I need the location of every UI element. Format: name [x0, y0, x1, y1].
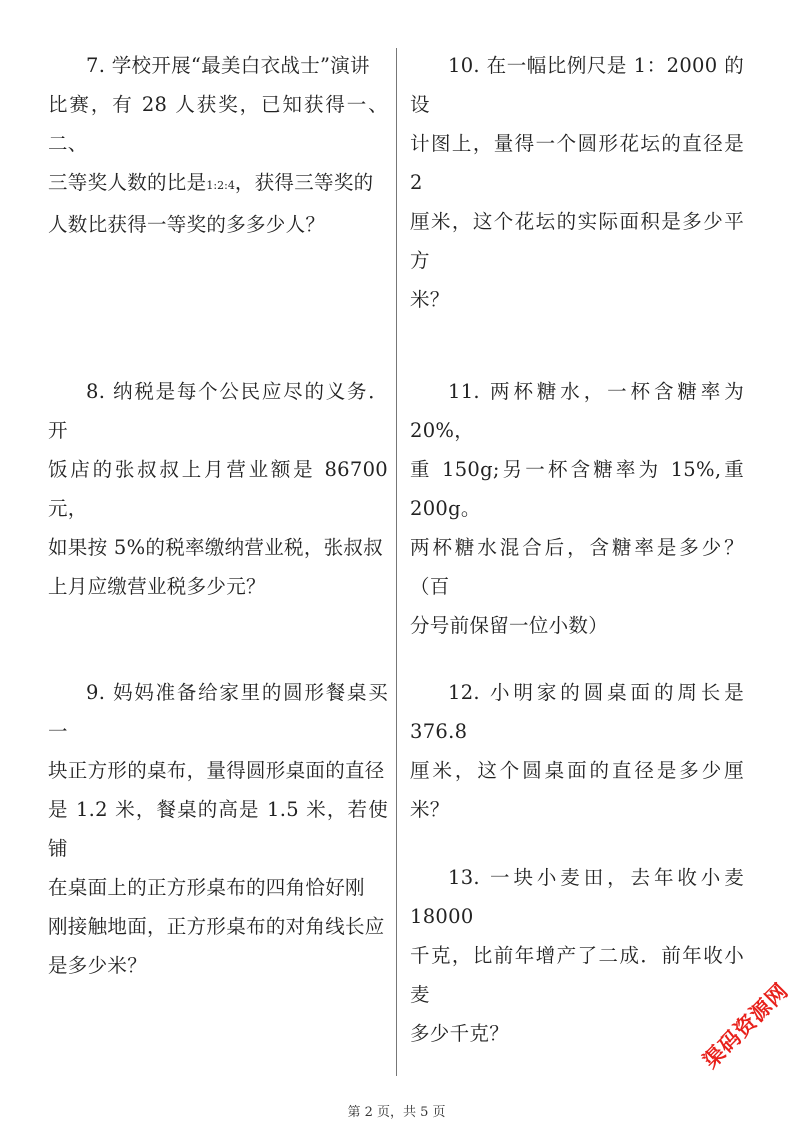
question-10-line-4: 米？ — [410, 280, 744, 319]
question-9-line-4: 在桌面上的正方形桌布的四角恰好刚 — [48, 868, 388, 907]
question-7-number: 7. — [86, 54, 105, 77]
question-11: 11. 两杯糖水，一杯含糖率为 20%， 重 150g;另一杯含糖率为 15%,… — [410, 372, 744, 645]
question-9-number: 9. — [86, 681, 105, 704]
question-10-line-1: 10. 在一幅比例尺是 1：2000 的设 — [410, 46, 744, 124]
question-13-line-3: 多少千克？ — [410, 1014, 744, 1053]
question-9-line-1: 9. 妈妈准备给家里的圆形餐桌买一 — [48, 673, 388, 751]
question-7-line-1: 7. 学校开展“最美白衣战士”演讲 — [48, 46, 388, 85]
question-9-line-3: 是 1.2 米，餐桌的高是 1.5 米，若使铺 — [48, 790, 388, 868]
question-8-line-3: 如果按 5%的税率缴纳营业税，张叔叔 — [48, 528, 388, 567]
question-9: 9. 妈妈准备给家里的圆形餐桌买一 块正方形的桌布，量得圆形桌面的直径 是 1.… — [48, 673, 388, 985]
question-10-line-2: 计图上，量得一个圆形花坛的直径是 2 — [410, 124, 744, 202]
ratio-text: 1:2:4 — [206, 179, 234, 192]
question-11-line-1: 11. 两杯糖水，一杯含糖率为 20%， — [410, 372, 744, 450]
question-8: 8. 纳税是每个公民应尽的义务．开 饭店的张叔叔上月营业额是 86700 元， … — [48, 372, 388, 606]
question-11-line-2: 重 150g;另一杯含糖率为 15%,重 200g。 — [410, 450, 744, 528]
question-10-line-3: 厘米，这个花坛的实际面积是多少平方 — [410, 202, 744, 280]
question-11-number: 11. — [448, 380, 480, 403]
question-8-line-1: 8. 纳税是每个公民应尽的义务．开 — [48, 372, 388, 450]
page-footer: 第 2 页，共 5 页 — [0, 1101, 793, 1120]
question-12: 12. 小明家的圆桌面的周长是 376.8 厘米，这个圆桌面的直径是多少厘米？ — [410, 673, 744, 829]
question-8-line-2: 饭店的张叔叔上月营业额是 86700 元， — [48, 450, 388, 528]
question-10-number: 10. — [448, 54, 480, 77]
question-9-line-6: 是多少米？ — [48, 946, 388, 985]
question-10: 10. 在一幅比例尺是 1：2000 的设 计图上，量得一个圆形花坛的直径是 2… — [410, 46, 744, 319]
question-13: 13. 一块小麦田，去年收小麦 18000 千克，比前年增产了二成．前年收小麦 … — [410, 858, 744, 1053]
question-7-line-2: 比赛，有 28 人获奖，已知获得一、二、 — [48, 85, 388, 163]
question-7: 7. 学校开展“最美白衣战士”演讲 比赛，有 28 人获奖，已知获得一、二、 三… — [48, 46, 388, 244]
question-13-line-1: 13. 一块小麦田，去年收小麦 18000 — [410, 858, 744, 936]
question-9-line-5: 刚接触地面，正方形桌布的对角线长应 — [48, 907, 388, 946]
question-7-line-4: 人数比获得一等奖的多多少人？ — [48, 205, 388, 244]
question-11-line-3: 两杯糖水混合后，含糖率是多少？（百 — [410, 528, 744, 606]
question-12-number: 12. — [448, 681, 480, 704]
column-divider — [396, 48, 397, 1076]
question-12-line-2: 厘米，这个圆桌面的直径是多少厘米？ — [410, 751, 744, 829]
question-9-line-2: 块正方形的桌布，量得圆形桌面的直径 — [48, 751, 388, 790]
question-8-number: 8. — [86, 380, 105, 403]
question-12-line-1: 12. 小明家的圆桌面的周长是 376.8 — [410, 673, 744, 751]
question-13-number: 13. — [448, 866, 480, 889]
question-8-line-4: 上月应缴营业税多少元？ — [48, 567, 388, 606]
question-7-line-3: 三等奖人数的比是1:2:4，获得三等奖的 — [48, 163, 388, 205]
question-13-line-2: 千克，比前年增产了二成．前年收小麦 — [410, 936, 744, 1014]
question-11-line-4: 分号前保留一位小数） — [410, 606, 744, 645]
